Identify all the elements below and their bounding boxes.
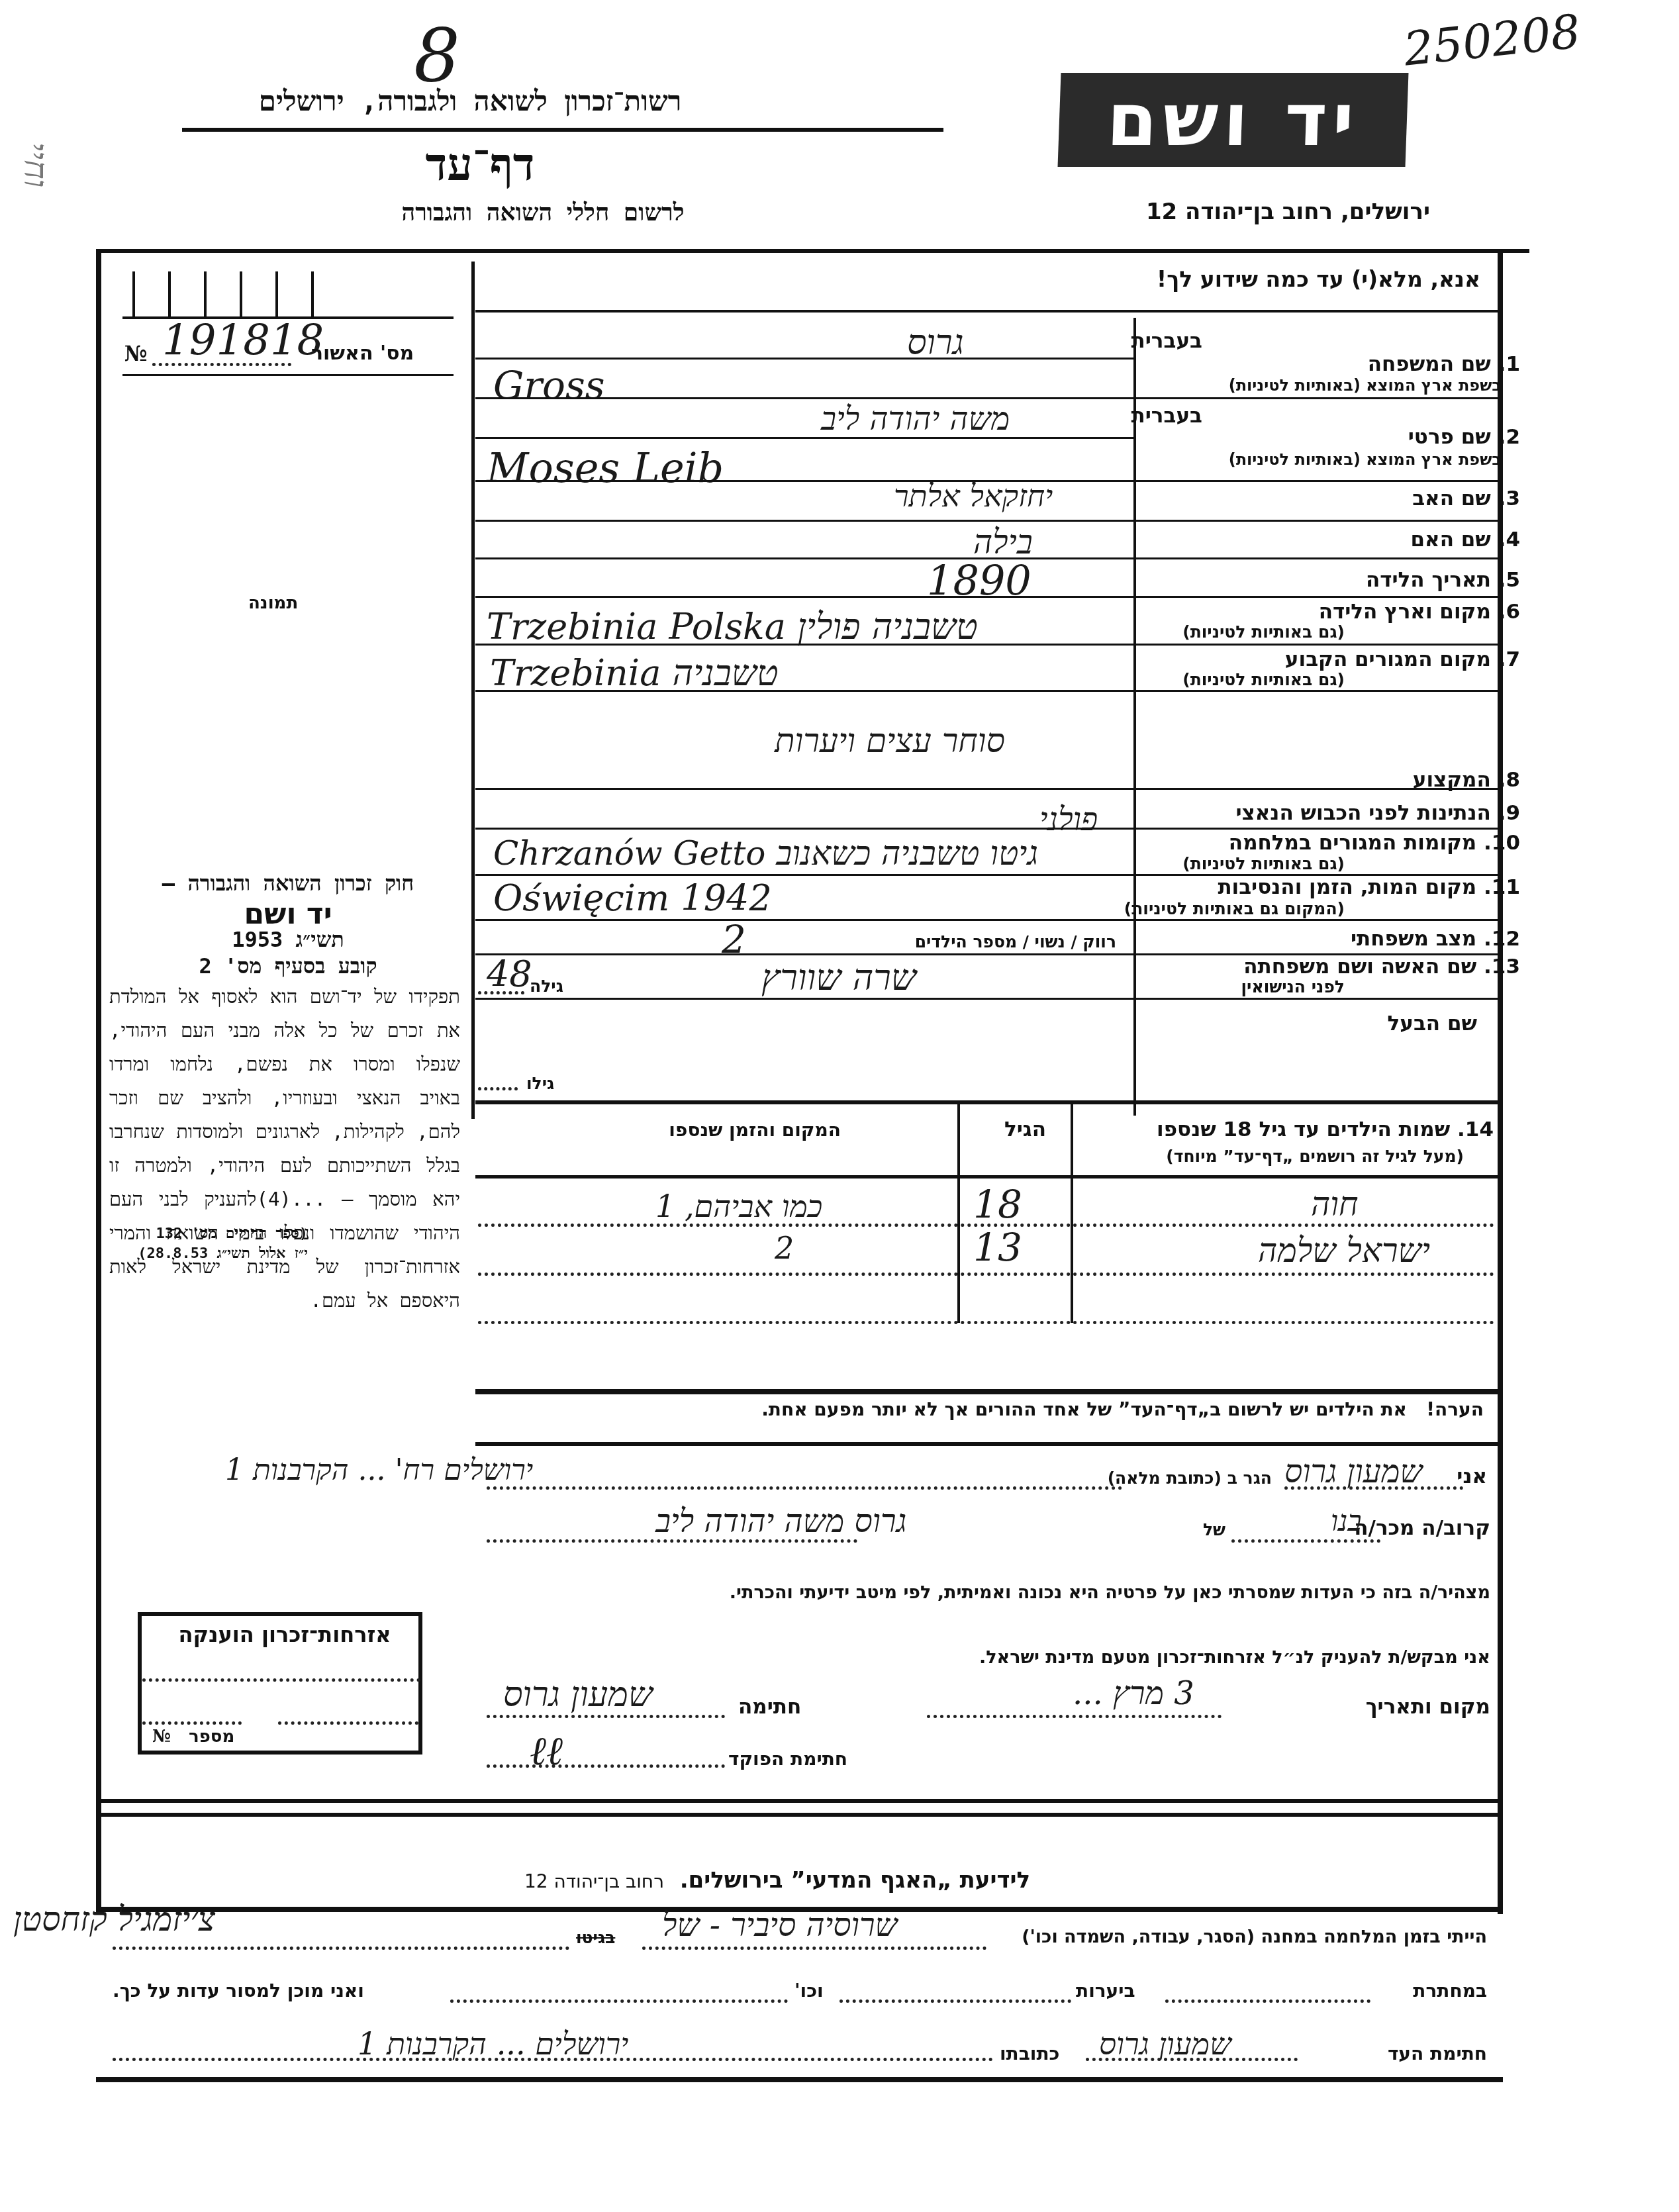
section-double-line-1 bbox=[99, 1799, 1500, 1803]
place-date-field bbox=[927, 1715, 1222, 1718]
field-12-label: 12. מצב משפחתי bbox=[1351, 927, 1520, 951]
field-5-label: 5. תאריך הלידה bbox=[1366, 568, 1520, 592]
husband-age-field[interactable] bbox=[478, 1087, 518, 1090]
wife-age-value[interactable]: 48 bbox=[487, 953, 532, 995]
declarant-name[interactable]: שמעון גרוס bbox=[1284, 1453, 1422, 1490]
authority-title: רשות־זכרון לשואה ולגבורה, ירושלים bbox=[179, 85, 761, 118]
law-body: תפקידו של יד־ושם הוא לאסוף אל המולדת את … bbox=[109, 980, 460, 1318]
husband-age-label: גילו bbox=[526, 1074, 554, 1093]
child-1-place[interactable]: כמו אביהם, 1 bbox=[655, 1188, 822, 1224]
citizenship-number-label: מספר bbox=[189, 1727, 234, 1747]
photo-column-divider bbox=[471, 262, 475, 1119]
col-age-header: הגיל bbox=[986, 1118, 1046, 1141]
of-label: של bbox=[1203, 1520, 1225, 1539]
children-title: 14. שמות הילדים עד גיל 18 שנספו bbox=[1157, 1118, 1494, 1141]
row-line bbox=[475, 919, 1498, 921]
signature-value[interactable]: שמעון גרוס bbox=[503, 1675, 653, 1715]
official-signature-label: חתימת הפוקד bbox=[728, 1748, 847, 1770]
approval-number-value: 191818 bbox=[162, 316, 324, 365]
field-1-value-hebrew[interactable]: גרוס bbox=[907, 323, 964, 363]
note-bottom-line bbox=[475, 1442, 1498, 1446]
yad-vashem-logo: יד ושם bbox=[1058, 73, 1409, 167]
section-divider bbox=[475, 1100, 1498, 1104]
field-10-value[interactable]: גיטו טשבניה כשאנוב Chrzanów Getto bbox=[493, 834, 1038, 873]
relation-value[interactable]: בנו bbox=[1331, 1504, 1362, 1538]
handwritten-record-number: 250208 bbox=[1401, 4, 1582, 76]
camp-field bbox=[642, 1947, 986, 1950]
underground-field bbox=[1165, 1999, 1370, 2003]
field-7-value[interactable]: Trzebinia טשבניה bbox=[490, 652, 779, 694]
field-7-label: 7. מקום המגורים הקבוע bbox=[1285, 648, 1520, 671]
form-subtitle: לרשום חללי השואה והגבורה bbox=[252, 199, 834, 226]
frame-top bbox=[96, 249, 1529, 253]
field-6-sublabel: (גם באותיות לטיניות) bbox=[1182, 622, 1345, 642]
approval-label: מס' האשור bbox=[311, 342, 414, 365]
field-8-value[interactable]: סוחר עצים ויערות bbox=[775, 722, 1005, 760]
declaration-statement: מצהיר/ה בזה כי העדות שמסרתי כאן על פרטיה… bbox=[730, 1582, 1490, 1603]
field-10-sublabel: (גם באותיות לטיניות) bbox=[1182, 854, 1345, 873]
wife-age-label: גילה bbox=[530, 977, 563, 996]
forests-field bbox=[839, 1999, 1071, 2003]
row-line bbox=[475, 828, 1498, 830]
witness-address-value[interactable]: ירושלים ... הקרבנות 1 bbox=[358, 2026, 628, 2062]
section-double-line-2 bbox=[99, 1813, 1500, 1817]
signature-label: חתימה bbox=[738, 1695, 801, 1719]
law-heading: חוק זכרון השואה והגבורה — bbox=[116, 871, 460, 896]
row-line bbox=[475, 437, 1134, 439]
of-value[interactable]: גרוס משה יהודה ליב bbox=[655, 1503, 906, 1540]
title-underline bbox=[182, 128, 943, 132]
row-line bbox=[475, 690, 1498, 692]
approval-no-symbol: № bbox=[124, 341, 148, 366]
field-11-label: 11. מקום המות, הזמן והנסיבות bbox=[1218, 875, 1520, 899]
field-11-sublabel: (המקום גם באותיות לטיניות) bbox=[1124, 899, 1345, 918]
husband-name-label: שם הבעל bbox=[1388, 1012, 1478, 1035]
col-place-header: המקום והזמן שנספו bbox=[563, 1119, 841, 1141]
field-2-label: 2. שם פרטי bbox=[1408, 425, 1520, 449]
field-3-label: 3. שם האב bbox=[1412, 487, 1520, 510]
forests-label: ביערות bbox=[1076, 1980, 1135, 2001]
field-13-value[interactable]: שרה שוורץ bbox=[761, 957, 916, 998]
field-7-sublabel: (גם באותיות לטיניות) bbox=[1182, 670, 1345, 689]
research-heading: לידיעת „האגף המדעי” בירושלים. רחוב בן־יה… bbox=[524, 1867, 1030, 1894]
witness-signature-field bbox=[1086, 2058, 1298, 2061]
field-1-sublabel: בשפת ארץ המוצא (באותיות לטיניות) bbox=[1229, 376, 1502, 395]
field-2-sublabel: בשפת ארץ המוצא (באותיות לטיניות) bbox=[1229, 450, 1502, 469]
ready-label: ואני מוכן למסור עדות על כך. bbox=[113, 1980, 364, 2001]
witness-signature-value[interactable]: שמעון גרוס bbox=[1099, 2026, 1231, 2062]
row-line bbox=[475, 788, 1498, 790]
note-text: הערה! את הילדים יש לרשום ב„דף־העד” של אח… bbox=[761, 1398, 1484, 1420]
witness-address-field bbox=[113, 2058, 993, 2061]
instruction-underline bbox=[475, 310, 1498, 313]
ghetto-value[interactable]: צ׳יזמגיל קזחסטן bbox=[13, 1900, 215, 1939]
instruction-text: אנא, מלא(י) עד כמה שידוע לך! bbox=[1157, 266, 1480, 292]
research-bottom-line bbox=[96, 2077, 1503, 2082]
tick-marks bbox=[132, 271, 331, 318]
law-name: יד ושם bbox=[116, 897, 460, 931]
declarant-name-field bbox=[1284, 1486, 1463, 1490]
signature-field bbox=[487, 1715, 725, 1718]
relation-label: קרוב/ה מכר/ה bbox=[1354, 1516, 1490, 1540]
child-row-line bbox=[478, 1321, 1494, 1324]
field-4-label: 4. שם האם bbox=[1411, 528, 1521, 552]
citizenship-box-title: אזרחות־זכרון הוענקה bbox=[159, 1622, 410, 1647]
row-line bbox=[475, 998, 1498, 1000]
child-2-name[interactable]: ישראל שלמה bbox=[1258, 1231, 1430, 1270]
field-13-sublabel: לפני הנישואין bbox=[1241, 977, 1345, 996]
row-line bbox=[475, 358, 1134, 360]
witness-address-label: כתובתו bbox=[1000, 2043, 1059, 2064]
declarant-address-field bbox=[487, 1486, 1122, 1490]
field-9-value[interactable]: פולני bbox=[1039, 801, 1098, 838]
frame-left bbox=[96, 249, 101, 1914]
field-2-value-hebrew[interactable]: משה יהודה ליב bbox=[821, 401, 1010, 438]
place-date-label: מקום ותאריך bbox=[1366, 1695, 1490, 1719]
field-1-hebrew-tag: בעברית bbox=[1131, 329, 1202, 353]
approval-bottom-line bbox=[122, 374, 454, 376]
of-field bbox=[487, 1539, 857, 1543]
declaration-ani: אני bbox=[1457, 1465, 1487, 1488]
law-year: תשי״ג 1953 bbox=[116, 927, 460, 952]
field-13-label: 13. שם האשה ושם משפחתה bbox=[1243, 955, 1520, 979]
child-2-age[interactable]: 13 bbox=[973, 1225, 1022, 1270]
etc-field bbox=[450, 1999, 788, 2003]
form-title: דף־עד bbox=[331, 139, 629, 191]
place-date-value[interactable]: 3 מרץ ... bbox=[1073, 1675, 1194, 1712]
official-signature-scribble: ℓℓ bbox=[530, 1728, 563, 1774]
field-12-marital-options: רווק / נשוי / מספר הילדים bbox=[915, 932, 1116, 951]
row-line bbox=[475, 520, 1498, 522]
field-10-label: 10. מקומות המגורים במלחמה bbox=[1229, 831, 1520, 855]
photo-placeholder-label[interactable]: תמונה bbox=[248, 593, 298, 613]
field-2-hebrew-tag: בעברית bbox=[1131, 404, 1202, 428]
wife-age-field bbox=[478, 991, 524, 994]
row-line bbox=[475, 596, 1498, 598]
camp-label: הייתי בזמן המלחמה במחנה (הסגר, עבודה, הש… bbox=[1022, 1927, 1487, 1947]
child-2-place[interactable]: 2 bbox=[775, 1230, 794, 1266]
field-2-value-latin[interactable]: Moses Leib bbox=[487, 444, 724, 492]
law-citation-2: י״ז אלול תשי״ג 28.8.53) bbox=[109, 1245, 308, 1262]
official-signature-field bbox=[487, 1764, 725, 1768]
field-1-label: 1. שם המשפחה bbox=[1368, 352, 1520, 376]
field-3-value[interactable]: יחזקאל אלתר bbox=[894, 478, 1053, 514]
table-col-divider-2 bbox=[1071, 1104, 1073, 1323]
citizenship-box-line bbox=[278, 1721, 418, 1725]
field-9-label: 9. הנתינות לפני הכבוש הנאצי bbox=[1235, 801, 1520, 825]
field-6-label: 6. מקום וארץ הלידה bbox=[1319, 600, 1520, 624]
field-6-value[interactable]: Trzebinia Polska טשבניה פולין bbox=[487, 606, 978, 648]
address: ירושלים, רחוב בן־יהודה 12 bbox=[1073, 199, 1430, 225]
camp-value[interactable]: שרוסיה סיביר - של bbox=[662, 1907, 897, 1944]
law-citation-1: (ספר החוקים מס' 132 bbox=[109, 1225, 308, 1242]
underground-label: במחתרת bbox=[1413, 1980, 1487, 2001]
citizenship-box-line bbox=[142, 1678, 420, 1682]
row-line bbox=[475, 644, 1498, 646]
margin-scribble: וחיי bbox=[17, 142, 55, 188]
ghetto-field bbox=[113, 1947, 569, 1950]
table-bottom-line bbox=[475, 1389, 1498, 1394]
citizenship-no-symbol: № bbox=[152, 1727, 171, 1747]
declaration-request: אני מבקש/ת להעניק לנ״ל אזרחות־זכרון מטעם… bbox=[979, 1647, 1490, 1668]
row-line bbox=[475, 397, 1498, 399]
declarant-address[interactable]: ירושלים רח' ... הקרבנות 1 bbox=[225, 1453, 533, 1487]
child-row-line bbox=[478, 1273, 1494, 1276]
field-11-value[interactable]: Oświęcim 1942 bbox=[493, 877, 772, 919]
table-header-line bbox=[475, 1175, 1498, 1178]
resides-label: הגר ב (כתובת מלאה) bbox=[1108, 1468, 1272, 1488]
witness-signature-label: חתימת העד bbox=[1388, 2043, 1487, 2064]
child-1-age[interactable]: 18 bbox=[973, 1182, 1022, 1227]
children-subtitle: (מעל לגיל זה רושמים „דף־עד” מיוחד) bbox=[1166, 1147, 1464, 1166]
law-clause: קובע בסעיף מס' 2 bbox=[116, 953, 460, 979]
table-col-divider-1 bbox=[957, 1104, 960, 1323]
citizenship-box-line bbox=[142, 1721, 242, 1725]
etc-label: וכו' bbox=[794, 1980, 824, 2001]
field-1-value-latin[interactable]: Gross bbox=[493, 363, 605, 408]
struck-ghetto-label: בגיטו bbox=[576, 1928, 615, 1947]
child-1-name[interactable]: חוה bbox=[1311, 1185, 1359, 1224]
relation-field bbox=[1231, 1539, 1380, 1543]
note-label: הערה! bbox=[1426, 1398, 1484, 1420]
